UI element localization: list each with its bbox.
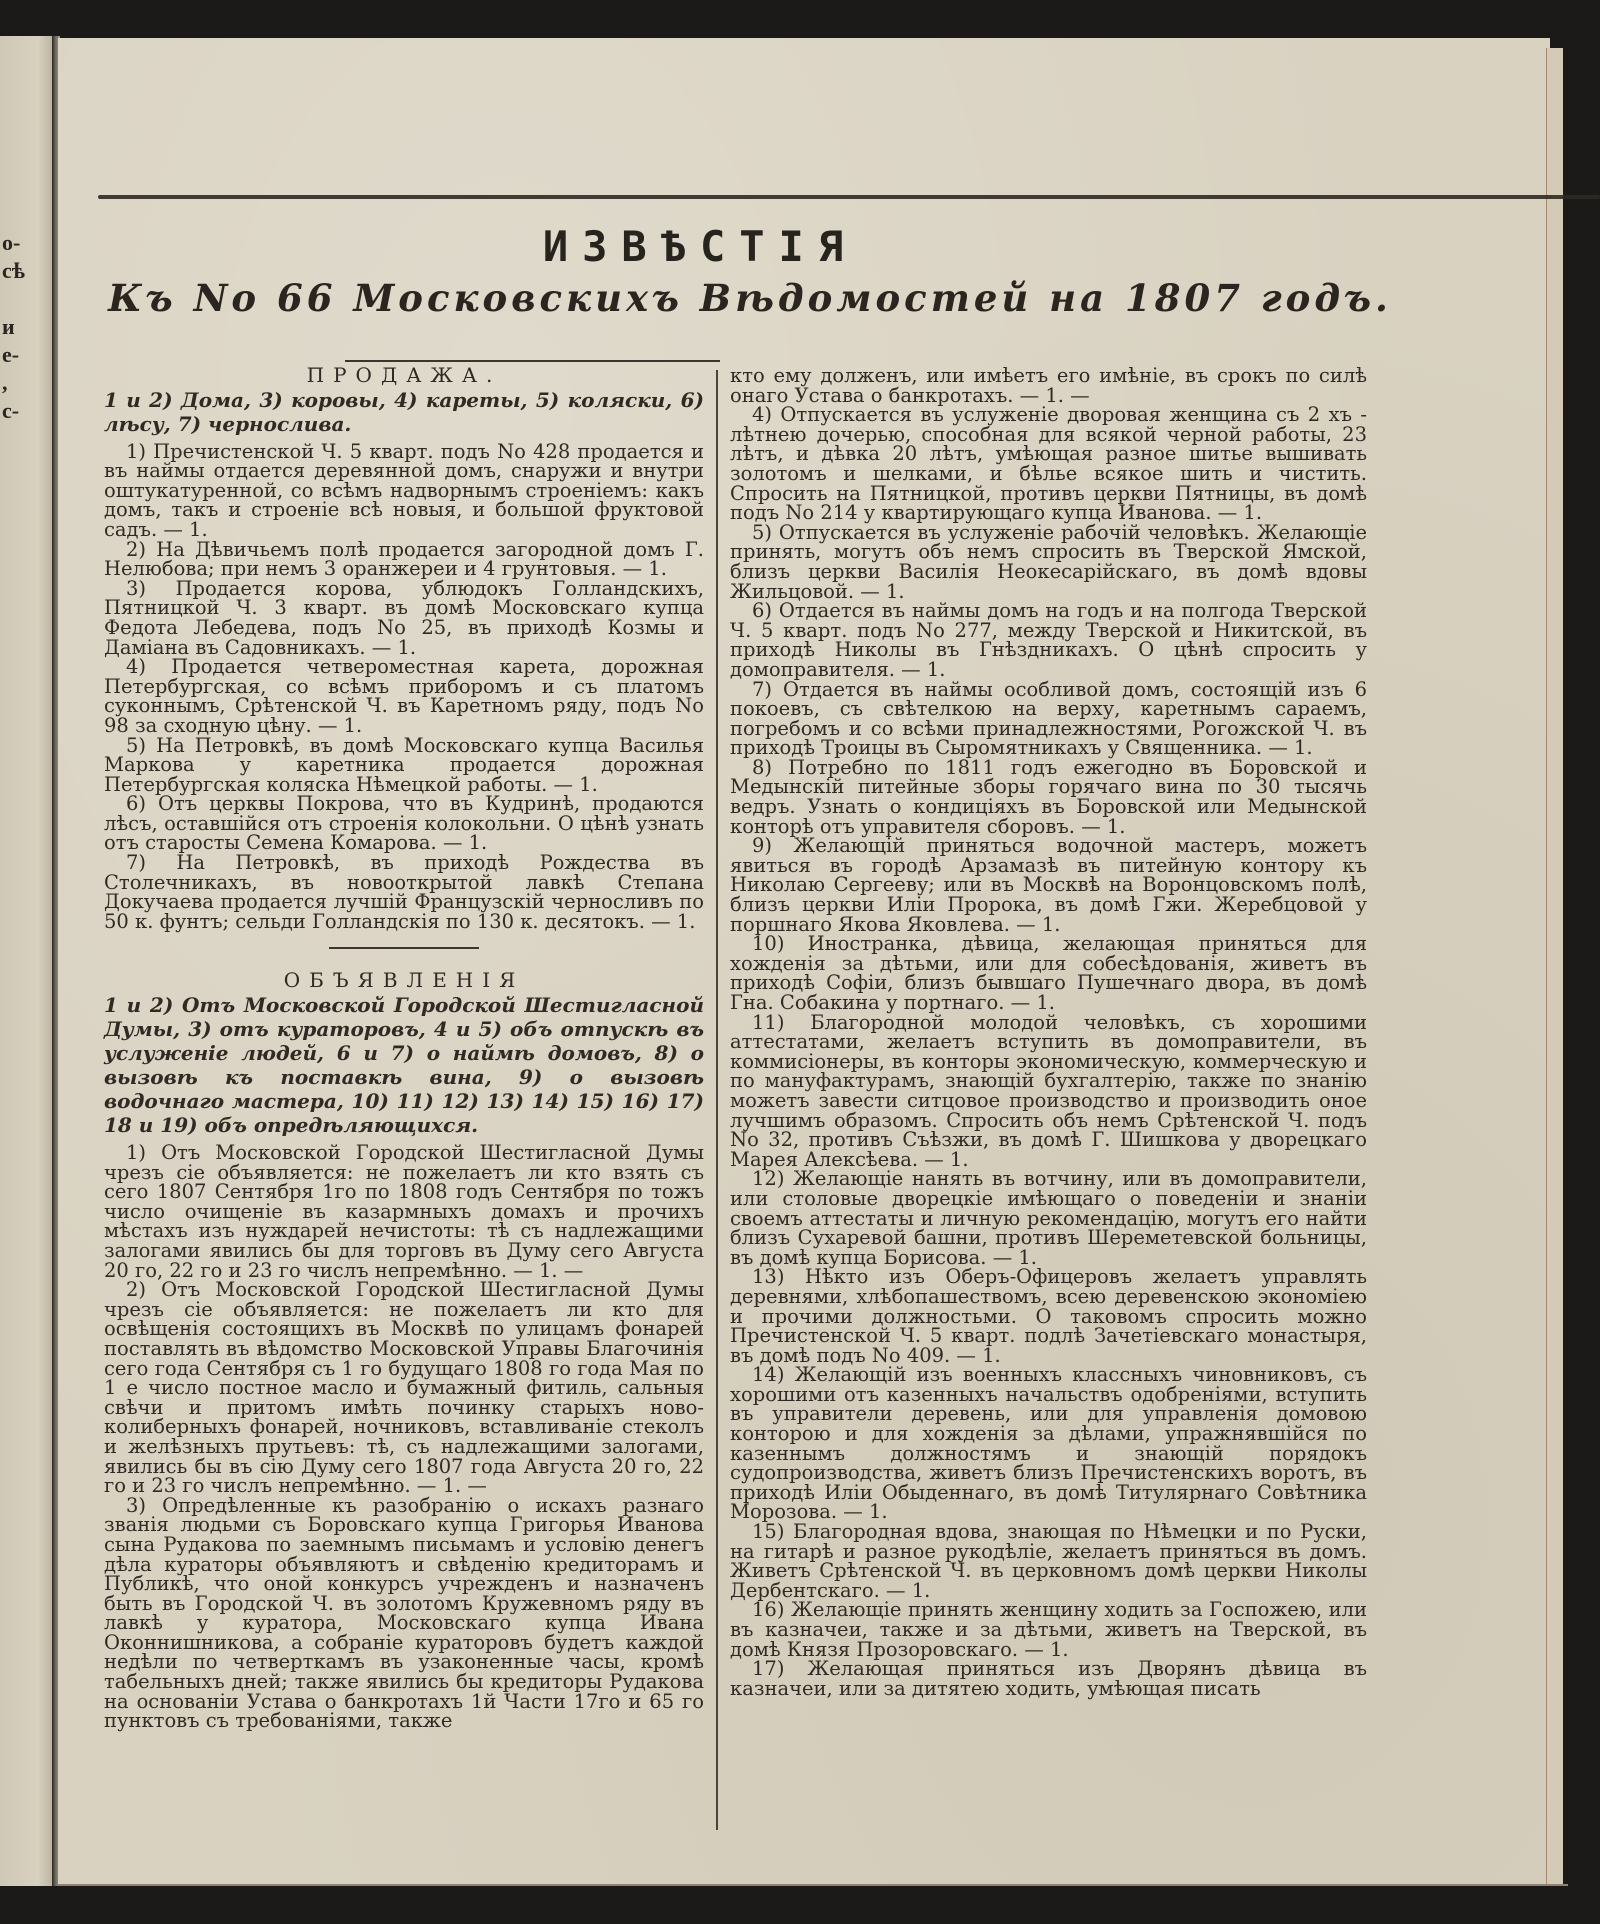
- prev-page-fragment: и: [2, 314, 15, 340]
- right-column: кто ему долженъ, или имѣетъ его имѣніе, …: [730, 366, 1367, 1698]
- page-subtitle: Къ No 66 Московскихъ Вѣдомостей на 1807 …: [100, 276, 1400, 320]
- announcement-continuation: кто ему долженъ, или имѣетъ его имѣніе, …: [730, 366, 1367, 405]
- header-rule: [98, 195, 1600, 199]
- sale-item: 7) На Петровкѣ, въ приходѣ Рождества въ …: [104, 853, 704, 931]
- announcement-item: 13) Нѣкто изъ Оберъ-Офицеровъ желаетъ уп…: [730, 1267, 1367, 1365]
- prev-page-fragment: ,: [2, 370, 8, 396]
- column-divider: [716, 370, 718, 1830]
- announcement-item: 3) Опредѣленные къ разобранію о искахъ р…: [104, 1496, 704, 1731]
- announcement-item: 9) Желающій приняться водочной мастеръ, …: [730, 836, 1367, 934]
- prev-page-fragment: с-: [2, 398, 19, 424]
- previous-page-margin: о- сѣ и е- , с-: [0, 36, 54, 1886]
- left-column: ПРОДАЖА. 1 и 2) Дома, 3) коровы, 4) каре…: [104, 366, 704, 1731]
- page-title: ИЗВѢСТІЯ: [0, 222, 1400, 271]
- page-edge: [1546, 48, 1563, 1884]
- sale-item: 2) На Дѣвичьемъ полѣ продается загородно…: [104, 540, 704, 579]
- announcement-item: 1) Отъ Московской Городской Шестигласной…: [104, 1143, 704, 1280]
- sale-item: 5) На Петровкѣ, въ домѣ Московскаго купц…: [104, 736, 704, 795]
- sale-item: 3) Продается корова, ублюдокъ Голландски…: [104, 579, 704, 657]
- section-rule: [345, 360, 720, 362]
- announcement-item: 15) Благородная вдова, знающая по Нѣмецк…: [730, 1522, 1367, 1600]
- sale-item: 4) Продается четвероместная карета, доро…: [104, 657, 704, 735]
- prev-page-fragment: е-: [2, 342, 19, 368]
- section-summary-sale: 1 и 2) Дома, 3) коровы, 4) кареты, 5) ко…: [104, 388, 704, 436]
- announcement-item: 6) Отдается въ наймы домъ на годъ и на п…: [730, 601, 1367, 679]
- section-divider: [329, 947, 479, 949]
- announcement-item: 17) Желающая приняться изъ Дворянъ дѣвиц…: [730, 1659, 1367, 1698]
- announcement-item: 7) Отдается въ наймы особливой домъ, сос…: [730, 680, 1367, 758]
- sale-item: 1) Пречистенской Ч. 5 кварт. подъ No 428…: [104, 442, 704, 540]
- announcement-item: 14) Желающій изъ военныхъ классныхъ чино…: [730, 1365, 1367, 1522]
- section-summary-announcements: 1 и 2) Отъ Московской Городской Шестигла…: [104, 993, 704, 1137]
- announcement-item: 2) Отъ Московской Городской Шестигласной…: [104, 1280, 704, 1496]
- section-heading-sale: ПРОДАЖА.: [104, 366, 704, 386]
- announcement-item: 4) Отпускается въ услуженіе дворовая жен…: [730, 405, 1367, 523]
- page-bottom-edge: [58, 1884, 1568, 1886]
- announcement-item: 16) Желающіе принять женщину ходить за Г…: [730, 1600, 1367, 1659]
- announcement-item: 10) Иностранка, дѣвица, желающая принять…: [730, 934, 1367, 1012]
- sale-item: 6) Отъ церквы Покрова, что въ Кудринѣ, п…: [104, 794, 704, 853]
- announcement-item: 11) Благородной молодой человѣкъ, съ хор…: [730, 1013, 1367, 1170]
- announcement-item: 8) Потребно по 1811 годъ ежегодно въ Бор…: [730, 758, 1367, 836]
- announcement-item: 5) Отпускается въ услуженіе рабочій чело…: [730, 523, 1367, 601]
- announcement-item: 12) Желающіе нанять въ вотчину, или въ д…: [730, 1169, 1367, 1267]
- section-heading-announcements: ОБЪЯВЛЕНІЯ: [104, 971, 704, 991]
